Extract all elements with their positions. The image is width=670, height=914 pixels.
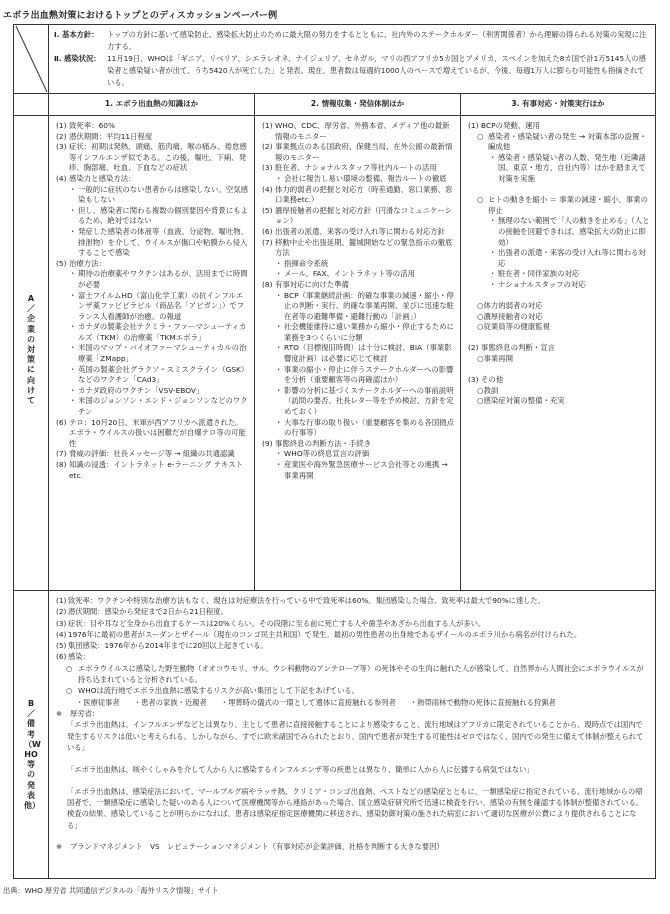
- basic-policy-label: Ⅰ. 基本方針：: [54, 29, 99, 41]
- brand-note: ※ブランドマネジメント VS レピュテーションマネジメント（有事対応が企業評価、…: [56, 841, 647, 852]
- policy-row: Ⅰ. 基本方針： トップの方針に基いて感染防止、感染拡大防止のために最大限の努力…: [14, 25, 655, 94]
- circle-item: ○濃厚接触者の対応: [468, 312, 651, 323]
- diagonal-line-icon: [14, 25, 48, 93]
- remarks-content: (1)致死率：ワクチンや特別な治療方法もなく、現在は対症療法を行っている中で致死…: [49, 591, 655, 878]
- list-item: (3)その他: [468, 375, 651, 386]
- column-header-row: 1. エボラ出血熱の知識ほか 2. 情報収集・発信体制ほか 3. 有事対応・対策…: [14, 93, 655, 116]
- list-item: (5)濃厚接触者の把握と対応方針（円滑なコミュニケーション）: [262, 206, 456, 227]
- list-item: (2)事態終息の判断・宣言: [468, 343, 651, 354]
- list-item: (9)事態終息の判断方法・手続き: [262, 439, 456, 450]
- sub-item: ・期待の治療薬やワクチンはあるが、活用までに時間が必要: [56, 269, 250, 290]
- list-item: (7)移動中止や出張延期、籠城開始などの緊急指示の徹底方法: [262, 238, 456, 259]
- sub-item: ・出張者の派遣・来客の受け入れ等に関わる対応: [468, 248, 651, 269]
- list-item: (2)事業拠点のある国政府、保健当局、在外公館の最新情報のモニター: [262, 142, 456, 163]
- circle-item: ○従業員等の健康監視: [468, 322, 651, 333]
- list-item: (4)1976年に最初の患者がスーダンとザイール（現在のコンゴ民主共和国）で発生…: [56, 629, 647, 640]
- list-item: (1)BCPの発動、運用: [468, 121, 651, 132]
- list-item: (1)致死率：ワクチンや特別な治療方法もなく、現在は対症療法を行っている中で致死…: [56, 595, 647, 606]
- mhlw-quote: 「エボラ出血熱は、インフルエンザなどとは異なり、主として患者に直接接触することに…: [56, 719, 647, 753]
- sub-item: ・事業の縮小・停止に伴うステークホルダーへの影響を分析（重要顧客等の再確認ほか）: [262, 365, 456, 386]
- infection-status-label: Ⅱ. 感染状況：: [54, 53, 101, 65]
- basic-policy-text: トップの方針に基いて感染防止、感染拡大防止のために最大限の努力をするとともに、社…: [107, 30, 646, 51]
- list-item: (6)テロ：10月20日、米軍が西アフリカへ派遣された。エボラ・ウイルスの扱いは…: [56, 418, 250, 450]
- sub-item: ・指揮命令系統: [262, 259, 456, 270]
- empty-label-cell: [14, 93, 49, 115]
- list-item: (2)潜伏期間：感染から発症まで2日から21日程度。: [56, 606, 647, 617]
- list-item: (4)感染力と感染方法：: [56, 174, 250, 185]
- diagonal-header-cell: [14, 25, 49, 93]
- header-information: 2. 情報収集・発信体制ほか: [255, 93, 461, 115]
- sub-item: ・産業医や海外緊急医療サービス会社等との連携 → 事業再開: [262, 460, 456, 481]
- row-b-remarks: B／備考（WHO等の発表他） (1)致死率：ワクチンや特別な治療方法もなく、現在…: [14, 591, 655, 878]
- list-item: (1)WHO、CDC、厚労省、外務本省、メディア他の最新情報のモニター: [262, 121, 456, 142]
- list-item: (5)集団感染：1976年から2014年までに20回以上起きている。: [56, 640, 647, 651]
- sub-item: ・富士フイルムHD（富山化学工業）の抗インフルエンザ薬ファビピラビル（商品名「ア…: [56, 291, 250, 323]
- list-item: (8)有事対応に向けた準備: [262, 280, 456, 291]
- sub-item: ・一般的に症状のない患者からは感染しない。空気感染もしない: [56, 185, 250, 206]
- circle-item: ○事業再開: [468, 354, 651, 365]
- list-item: (3)駐在者、ナショナルスタッフ等社内ルートの活用: [262, 163, 456, 174]
- list-item: (8)知識の浸透：イントラネット e-ラーニング テキストetc.: [56, 460, 250, 481]
- column-response: (1)BCPの発動、運用 ○感染者・感染疑い者の発生 → 対策本部の設置・編成他…: [461, 116, 655, 590]
- list-item: (5)治療方法：: [56, 259, 250, 270]
- mhlw-note: ※厚労省：: [56, 708, 647, 719]
- discussion-table: Ⅰ. 基本方針： トップの方針に基いて感染防止、感染拡大防止のために最大限の努力…: [13, 24, 656, 879]
- row-a-label-cell: A／企業の対策に向けて: [14, 116, 49, 590]
- list-item: (3)症状：初期は発熱、頭痛、筋肉痛、喉の痛み、倦怠感等インフルエンザ似である。…: [56, 142, 250, 174]
- sub-item: ・カナダ政府のワクチン「VSV-EBOV」: [56, 386, 250, 397]
- circle-item: ○エボラウイルスに感染した野生動物（オオコウモリ、サル、ウシ科動物のアンテロープ…: [56, 663, 647, 686]
- sub-item: ・発症した感染者の体液等（血液、分泌物、嘔吐物、排泄物）を介して、ウイルスが傷口…: [56, 227, 250, 259]
- basic-policy: Ⅰ. 基本方針： トップの方針に基いて感染防止、感染拡大防止のために最大限の努力…: [54, 29, 649, 53]
- sub-item: ・社会機能維持に遠い業務から縮小・停止するために業務を3つくらいに分類: [262, 322, 456, 343]
- sub-item: ・メール、FAX、イントラネット等の活用: [262, 269, 456, 280]
- list-item: (1)致死率：60%: [56, 121, 250, 132]
- mhlw-quote: 「エボラ出血熱は、咳やくしゃみを介して人から人に感染するインフルエンザ等の疾患と…: [56, 764, 647, 775]
- sub-item: ・感染者・感染疑い者の人数、発生地（近隣諸国、東京・地方、自社内等）ほかを踏まえ…: [468, 153, 651, 185]
- policy-content: Ⅰ. 基本方針： トップの方針に基いて感染防止、感染拡大防止のために最大限の努力…: [54, 29, 649, 89]
- row-b-label: B／備考（WHO等の発表他）: [24, 699, 38, 811]
- sub-item: ・但し、感染者に関わる複数の個別要因や背景にもよるため、絶対ではない: [56, 206, 250, 227]
- header-knowledge: 1. エボラ出血熱の知識ほか: [49, 93, 255, 115]
- list-item: (6)感染：: [56, 651, 647, 662]
- sub-item: ・英国の製薬会社グラクソ・スミスクライン（GSK）などのワクチン「CAd3」: [56, 365, 250, 386]
- circle-item: ○WHOは流行地でエボラ出血熱に感染するリスクが高い集団として下記をあげている。: [56, 685, 647, 696]
- sub-item: ・米国のマップ・バイオファーマシューティカルの治療薬「ZMapp」: [56, 343, 250, 364]
- list-item: (7)脅威の評価：社長メッセージ等 → 組織の共通認識: [56, 449, 250, 460]
- sub-item: ・米国のジョンソン・エンド・ジョンソンなどのワクチン: [56, 396, 250, 417]
- row-b-label-cell: B／備考（WHO等の発表他）: [14, 591, 49, 878]
- list-item: (4)体力的弱者の把握と対応方（時差通勤、窓口業務、窓口業務etc.）: [262, 185, 456, 206]
- source-citation: 出典：WHO 厚労省 共同通信デジタルの「海外リスク情報」サイト: [3, 886, 219, 896]
- sub-item: ・カナダの製薬会社テクミラ・ファーマシューティカルズ（TKM）の治療薬「TKMエ…: [56, 322, 250, 343]
- row-a-label: A／企業の対策に向けて: [24, 294, 38, 406]
- document-title: エボラ出血熱対策におけるトップとのディスカッションペーパー例: [3, 8, 277, 21]
- risk-groups: ・医療従事者・患者の家族・近親者・埋葬時の儀式の一環として遺体に直接触れる参列者…: [56, 697, 647, 708]
- sub-item: ・RTO（目標復旧時間）は十分に検討、BIA（事業影響度計画）は必要に応じて検討: [262, 343, 456, 364]
- column-knowledge: (1)致死率：60% (2)潜伏期間：平均11日程度 (3)症状：初期は発熱、頭…: [49, 116, 255, 590]
- mhlw-quote: 「エボラ出血熱は、感染症法において、マールブルグ病やラッサ熱、クリミア・コンゴ出…: [56, 786, 647, 831]
- sub-item: ・大事な行事の取り扱い（重要顧客を集める各国拠点の行事等）: [262, 418, 456, 439]
- sub-item: ・影響の分析に基づくステークホルダーへの事前説明（訪問の要否、社長レター等を予め…: [262, 386, 456, 418]
- sub-item: ・会社に報告し易い環境の整備、報告ルートの徹底: [262, 174, 456, 185]
- infection-status: Ⅱ. 感染状況： 11月19日、WHOは「ギニア、リベリア、シエラレオネ、ナイジ…: [54, 53, 649, 89]
- infection-status-text: 11月19日、WHOは「ギニア、リベリア、シエラレオネ、ナイジェリア、セネガル、…: [107, 54, 646, 87]
- circle-item: ○ヒトの動きを縮小 ＝ 事業の減速・縮小、事業の停止: [468, 195, 651, 216]
- header-response: 3. 有事対応・対策実行ほか: [461, 93, 655, 115]
- sub-item: ・駐在者・同伴家族の対応: [468, 269, 651, 280]
- list-item: (2)潜伏期間：平均11日程度: [56, 132, 250, 143]
- column-information: (1)WHO、CDC、厚労省、外務本省、メディア他の最新情報のモニター (2)事…: [255, 116, 461, 590]
- sub-item: ・無理のない範囲で「人の動きを止める」（人との接触を回避できれば、感染拡大の防止…: [468, 216, 651, 248]
- sub-item: ・ナショナルスタッフの対応: [468, 280, 651, 291]
- row-a-corporate-measures: A／企業の対策に向けて (1)致死率：60% (2)潜伏期間：平均11日程度 (…: [14, 116, 655, 591]
- list-item: (6)出張者の派遣、来客の受け入れ等に関わる対応方針: [262, 227, 456, 238]
- circle-item: ○感染症対策の整備・充実: [468, 396, 651, 407]
- list-item: (3)症状：目や耳など全身から出血するケースは20%くらい。その段階に至る前に死…: [56, 618, 647, 629]
- circle-item: ○感染者・感染疑い者の発生 → 対策本部の設置・編成他: [468, 132, 651, 153]
- sub-item: ・BCP（事業継続計画：的確な事業の減速・縮小・停止の判断・実行、的確な事業再開…: [262, 291, 456, 323]
- circle-item: ○体力的弱者の対応: [468, 301, 651, 312]
- circle-item: ○教訓: [468, 386, 651, 397]
- sub-item: ・WHO等の終息宣言の評価: [262, 449, 456, 460]
